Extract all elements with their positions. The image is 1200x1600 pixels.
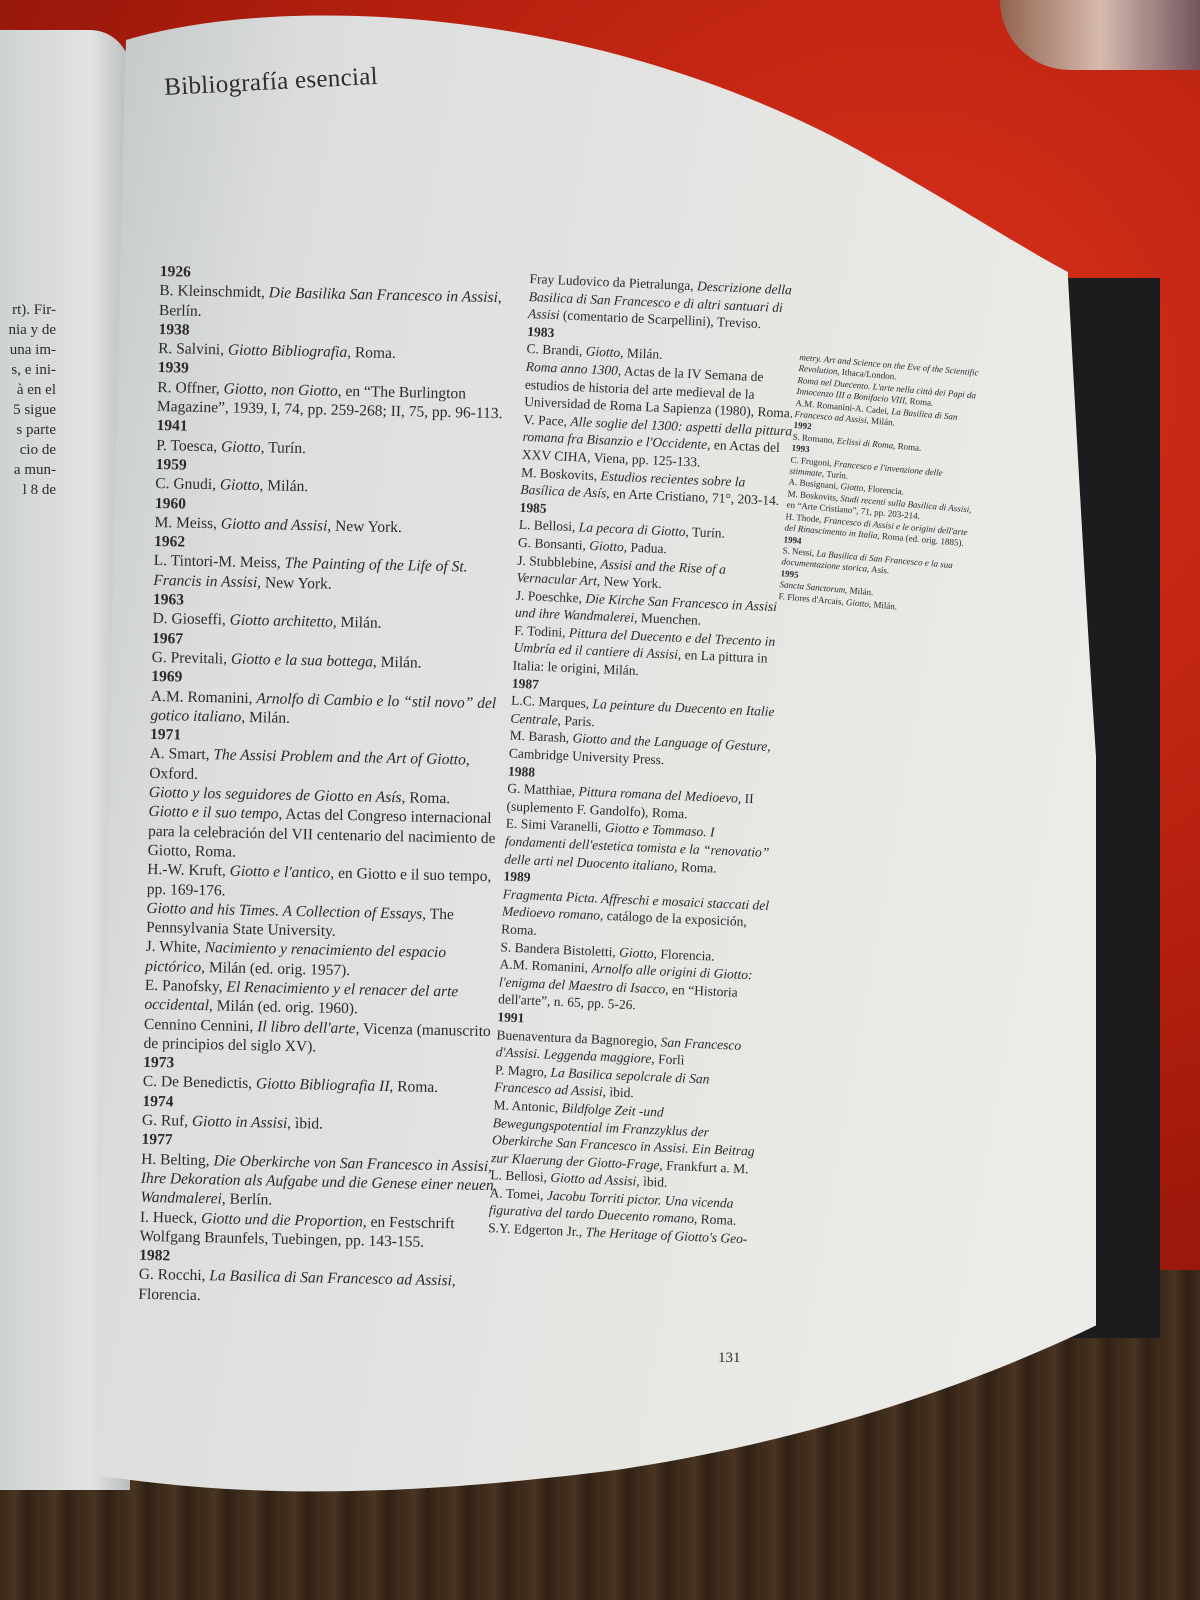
entry-author: G. Bonsanti,	[518, 535, 590, 553]
left-page-line: 5 sigue	[0, 400, 56, 420]
entry-publication: , Paris.	[557, 712, 595, 729]
left-page-line: s, e ini-	[0, 360, 56, 380]
entry-publication: , Forlì	[651, 1051, 685, 1067]
entry-author: J. Poeschke,	[515, 587, 585, 605]
bibliography-entry: M. Antonic, Bildfolge Zeit -und Bewegung…	[491, 1096, 764, 1178]
entry-publication: , Roma.	[401, 789, 450, 807]
left-page-line: a mun-	[0, 460, 56, 480]
entry-title: Giotto ad Assisi	[550, 1170, 637, 1189]
bibliography-column-right: metry. Art and Science on the Eve of the…	[778, 352, 984, 618]
bibliography-column-middle: Fray Ludovico da Pietralunga, Descrizion…	[488, 270, 800, 1249]
entry-title: Giotto in Assisi	[192, 1113, 288, 1132]
entry-publication: , Roma.	[905, 396, 934, 408]
entry-publication: , Milán.	[845, 585, 874, 597]
left-page-line: l 8 de	[0, 480, 56, 500]
left-page-text-fragment: rt). Fir-nia y deuna im-s, e ini-à en el…	[0, 300, 56, 500]
entry-publication: , Milán.	[869, 599, 898, 611]
entry-title: Die Basilika San Francesco in Assisi	[269, 285, 498, 307]
entry-title: Giotto	[221, 438, 261, 456]
entry-author: I. Hueck,	[140, 1208, 201, 1226]
entry-publication: , New York.	[257, 574, 332, 593]
left-page-line: nia y de	[0, 320, 56, 340]
entry-publication: , Roma.	[389, 1078, 438, 1096]
entry-author: A. Tomei,	[489, 1185, 547, 1202]
bibliography-entry: G. Rocchi, La Basilica di San Francesco …	[138, 1265, 499, 1311]
entry-publication: , Roma.	[694, 1212, 737, 1229]
entry-author: A.M. Romanini,	[499, 957, 591, 976]
entry-author: L. Tintori-M. Meiss,	[154, 552, 285, 572]
entry-title: Giotto	[585, 344, 620, 360]
page-number: 131	[718, 1350, 741, 1367]
entry-author: R. Salvini,	[158, 340, 228, 358]
entry-author: G. Matthiae,	[507, 781, 579, 799]
entry-title: Giotto	[619, 944, 654, 960]
bibliography-entry: L. Tintori-M. Meiss, The Painting of the…	[153, 551, 514, 597]
entry-publication: , Milán.	[620, 345, 663, 362]
entry-author: P. Toesca,	[156, 437, 221, 455]
left-page-line: una im-	[0, 340, 56, 360]
entry-title: Giotto	[220, 477, 260, 495]
entry-author: C. De Benedictis,	[143, 1073, 257, 1092]
entry-title: Giotto e l'antico	[230, 863, 331, 882]
bibliography-entry: Giotto e il suo tempo, Actas del Congres…	[147, 802, 508, 867]
entry-title: Giotto e il suo tempo	[148, 803, 278, 823]
entry-author: L. Bellosi,	[519, 517, 580, 535]
entry-author: Cennino Cennini,	[144, 1015, 258, 1034]
entry-author: A.M. Romanini,	[151, 687, 257, 706]
entry-publication: , Berlín.	[222, 1191, 273, 1209]
entry-publication: , ìbid.	[602, 1084, 634, 1100]
entry-author: D. Gioseffi,	[152, 610, 230, 629]
entry-publication: , New York.	[327, 517, 402, 536]
entry-title: Giotto Bibliografia II	[256, 1076, 390, 1096]
entry-author: J. White,	[145, 938, 204, 956]
entry-publication: , Padua.	[623, 539, 667, 556]
entry-title: Giotto	[846, 597, 870, 609]
entry-publication: , Roma.	[674, 858, 717, 875]
entry-publication: , Milán (ed. orig. 1960).	[209, 997, 358, 1017]
entry-author: L. Bellosi,	[490, 1167, 551, 1185]
entry-title: Giotto and Assisi	[221, 515, 328, 534]
entry-title: Giotto e la sua bottega	[231, 651, 373, 671]
entry-author: A. Smart,	[150, 745, 214, 763]
entry-author: F. Todini,	[514, 623, 569, 640]
entry-author: M. Boskovits,	[521, 464, 601, 482]
entry-author: M. Barash,	[509, 728, 573, 746]
entry-title: Giotto, non Giotto	[223, 380, 337, 399]
entry-author: H. Belting,	[141, 1150, 214, 1169]
entry-author: P. Magro,	[495, 1062, 551, 1079]
entry-publication: , Milán.	[241, 709, 290, 727]
entry-publication: , Florencia.	[653, 946, 715, 964]
left-page-line: cio de	[0, 440, 56, 460]
entry-publication: , Milán.	[333, 614, 382, 632]
left-page-line: à en el	[0, 380, 56, 400]
entry-author: C. Gnudi,	[155, 475, 220, 493]
entry-title: Giotto architetto	[230, 612, 334, 631]
entry-author: V. Pace,	[523, 412, 571, 429]
entry-author: J. Stubblebine,	[517, 552, 601, 571]
entry-author: C. Brandi,	[526, 341, 586, 359]
entry-author: B. Kleinschmidt,	[159, 282, 269, 301]
entry-author: E. Simi Varanelli,	[506, 816, 606, 835]
entry-title: Giotto	[589, 538, 624, 554]
entry-title: Roma anno 1300	[525, 359, 618, 378]
entry-author: L.C. Marques,	[511, 693, 593, 712]
bibliography-entry: A.M. Romanini, Arnolfo di Cambio e lo “s…	[150, 686, 511, 732]
entry-publication: , Milán.	[866, 415, 895, 427]
entry-author: M. Antonic,	[493, 1097, 562, 1115]
left-page-line: s parte	[0, 420, 56, 440]
bibliography-column-left: 1926B. Kleinschmidt, Die Basilika San Fr…	[138, 262, 520, 1311]
entry-publication: , Milán.	[373, 653, 422, 671]
entry-title: Il libro dell'arte	[257, 1018, 356, 1037]
entry-publication: , Asís.	[867, 564, 890, 576]
entry-publication: , Turín.	[261, 439, 307, 457]
entry-author: G. Rocchi,	[139, 1266, 210, 1284]
entry-title: La Basilica di San Francesco ad Assisi	[209, 1268, 452, 1290]
bibliography-entry: R. Offner, Giotto, non Giotto, en “The B…	[157, 378, 518, 424]
entry-author: S.Y. Edgerton Jr.,	[488, 1220, 586, 1239]
entry-title: Giotto	[840, 482, 864, 494]
entry-publication: , Turín.	[822, 468, 849, 480]
entry-publication: , Frankfurt a. M.	[659, 1157, 749, 1176]
entry-author: G. Previtali,	[152, 649, 232, 668]
entry-publication: , ìbid.	[636, 1174, 668, 1190]
entry-title: The Assisi Problem and the Art of Giotto	[213, 747, 466, 769]
entry-publication: , Milán (ed. orig. 1957).	[201, 959, 350, 979]
left-page-line: rt). Fir-	[0, 300, 56, 320]
entry-publication: , Muenchen.	[634, 610, 702, 628]
entry-author: E. Panofsky,	[145, 977, 227, 996]
entry-publication: , Turín.	[685, 524, 725, 541]
entry-author: H.-W. Kruft,	[147, 861, 230, 880]
bibliography-entry: H. Belting, Die Oberkirche von San Franc…	[140, 1149, 501, 1214]
entry-title: Giotto und die Proportion	[201, 1210, 363, 1230]
entry-publication: , New York.	[597, 573, 662, 591]
bibliography-entry: I. Hueck, Giotto und die Proportion, en …	[139, 1207, 500, 1253]
entry-author: G. Ruf,	[142, 1112, 192, 1130]
entry-author: M. Meiss,	[154, 514, 221, 532]
bibliography-entry: Cennino Cennini, Il libro dell'arte, Vic…	[143, 1014, 504, 1060]
entry-publication: , ìbid.	[287, 1115, 323, 1133]
entry-publication: , Roma.	[347, 344, 396, 362]
entry-title: Giotto Bibliografia	[228, 342, 348, 361]
entry-publication: , Milán.	[259, 477, 308, 495]
entry-publication: , Roma.	[893, 440, 922, 452]
entry-author: R. Offner,	[157, 379, 224, 397]
